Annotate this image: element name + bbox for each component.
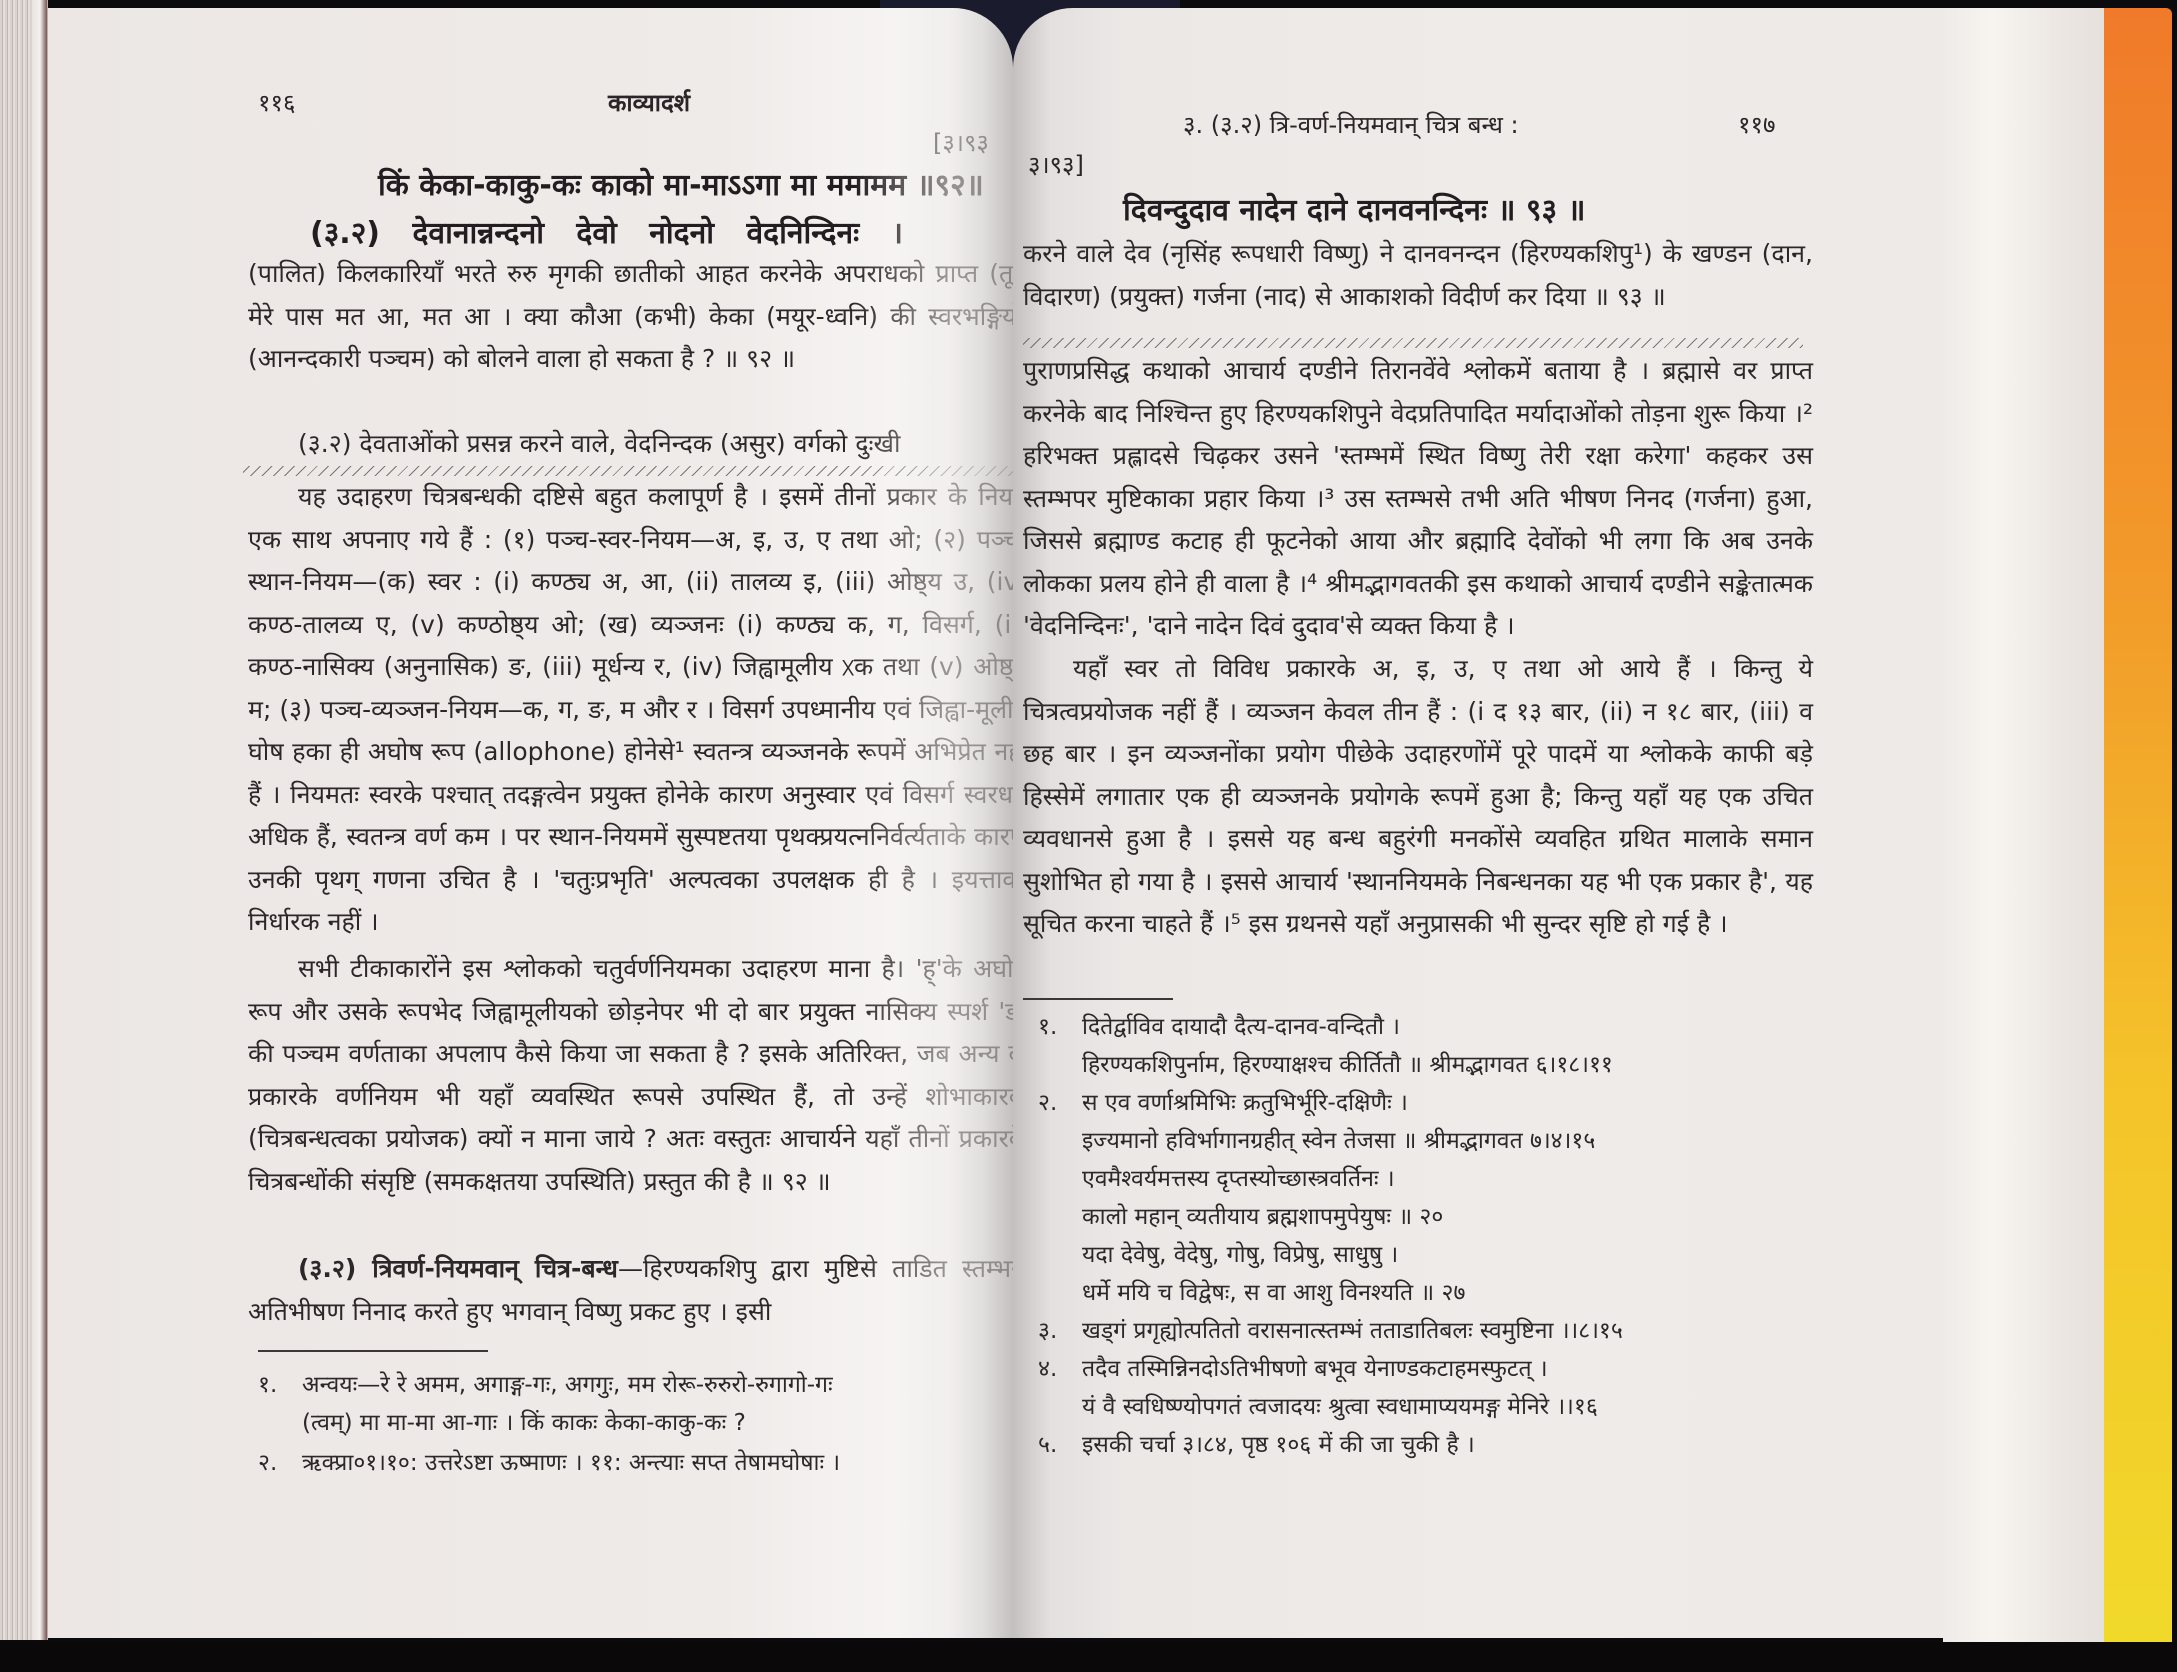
wavy-divider xyxy=(243,466,1013,476)
footnote-4: ४.तदैव तस्मिन्निनदोऽतिभीषणो बभूव येनाण्ड… xyxy=(1038,1350,1598,1426)
verse-line-1: किं केका-काकु-कः काको मा-माऽऽगा मा ममामम… xyxy=(378,163,984,204)
footnote-3: ३.खड्गं प्रगृह्योत्पतितो वरासनात्स्तम्भं… xyxy=(1038,1312,1623,1350)
background-surface xyxy=(0,1642,2177,1672)
footnote-line: अन्वयः—रे रे अमम, अगाङ्ग-गः, अगगुः, मम र… xyxy=(302,1372,833,1398)
footnote-number: २. xyxy=(1038,1084,1082,1122)
running-title-right: ३. (३.२) त्रि-वर्ण-नियमवान् चित्र बन्ध : xyxy=(1183,108,1519,141)
footnote-5: ५.इसकी चर्चा ३।८४, पृष्ठ १०६ में की जा च… xyxy=(1038,1426,1475,1464)
footnote-rule xyxy=(1023,998,1173,1000)
translation-paragraph: करने वाले देव (नृसिंह रूपधारी विष्णु) ने… xyxy=(1023,233,1813,318)
footnote-line: धर्मे मयि च विद्वेषः, स वा आशु विनश्यति … xyxy=(1038,1274,1595,1312)
right-page: ३।९३] ३. (३.२) त्रि-वर्ण-नियमवान् चित्र … xyxy=(1013,8,1943,1638)
page-number-right: ११७ xyxy=(1738,108,1775,141)
footnote-1: १.दितेर्द्वाविव दायादौ दैत्य-दानव-वन्दित… xyxy=(1038,1008,1613,1084)
footnote-2: २.स एव वर्णाश्रमिभिः क्रतुभिर्भूरि-दक्षि… xyxy=(1038,1084,1595,1312)
footnote-line: ऋक्प्रा०१।१०: उत्तरेऽष्टा ऊष्माणः । ११: … xyxy=(302,1450,840,1476)
translation-paragraph-2: (३.२) देवताओंको प्रसन्न करने वाले, वेदनि… xyxy=(248,423,1013,466)
left-page: ११६ काव्यादर्श [३।९३ किं केका-काकु-कः का… xyxy=(48,8,1013,1638)
page-number-left: ११६ xyxy=(258,86,295,119)
verse-reference-left: [३।९३ xyxy=(933,126,989,159)
footnote-2: २.ऋक्प्रा०१।१०: उत्तरेऽष्टा ऊष्माणः । ११… xyxy=(258,1444,840,1482)
book-cover-edge-left xyxy=(32,0,48,1640)
footnote-line: दितेर्द्वाविव दायादौ दैत्य-दानव-वन्दितौ … xyxy=(1082,1014,1400,1040)
verse-reference-right: ३।९३] xyxy=(1028,148,1084,181)
verse-line: दिवन्दुदाव नादेन दाने दानवनन्दिनः ॥ ९३ ॥ xyxy=(1123,188,1585,229)
footnote-1: १.अन्वयः—रे रे अमम, अगाङ्ग-गः, अगगुः, मम… xyxy=(258,1366,833,1442)
footnote-line: कालो महान् व्यतीयाय ब्रह्मशापमुपेयुषः ॥ … xyxy=(1038,1198,1595,1236)
running-title-left: काव्यादर्श xyxy=(608,86,690,119)
commentary-paragraph-2: सभी टीकाकारोंने इस श्लोकको चतुर्वर्णनियम… xyxy=(248,948,1013,1203)
book-cover-right xyxy=(2104,8,2172,1656)
footnote-number: २. xyxy=(258,1444,302,1482)
footnote-line: तदैव तस्मिन्निनदोऽतिभीषणो बभूव येनाण्डकट… xyxy=(1082,1356,1548,1382)
commentary-paragraph-2: यहाँ स्वर तो विविध प्रकारके अ, इ, उ, ए त… xyxy=(1023,648,1813,946)
footnote-line: यदा देवेषु, वेदेषु, गोषु, विप्रेषु, साधु… xyxy=(1038,1236,1595,1274)
footnote-line: इसकी चर्चा ३।८४, पृष्ठ १०६ में की जा चुक… xyxy=(1082,1432,1475,1458)
footnote-line: खड्गं प्रगृह्योत्पतितो वरासनात्स्तम्भं त… xyxy=(1082,1318,1623,1344)
footnote-rule xyxy=(258,1350,488,1352)
translation-paragraph: (पालित) किलकारियाँ भरते रुरु मृगकी छातीक… xyxy=(248,253,1013,381)
footnote-line: स एव वर्णाश्रमिभिः क्रतुभिर्भूरि-दक्षिणै… xyxy=(1082,1090,1408,1116)
commentary-paragraph-1: पुराणप्रसिद्ध कथाको आचार्य दण्डीने तिरान… xyxy=(1023,350,1813,648)
section-paragraph-3: (३.२) त्रिवर्ण-नियमवान् चित्र-बन्ध—हिरण्… xyxy=(248,1248,1013,1333)
footnote-line: हिरण्यकशिपुर्नाम, हिरण्याक्षश्च कीर्तितौ… xyxy=(1038,1046,1613,1084)
footnote-number: ३. xyxy=(1038,1312,1082,1350)
footnote-number: १. xyxy=(258,1366,302,1404)
footnote-line: इज्यमानो हविर्भागानग्रहीत् स्वेन तेजसा ॥… xyxy=(1038,1122,1595,1160)
footnote-line: यं वै स्वधिष्ण्योपगतं त्वजादयः श्रुत्वा … xyxy=(1038,1388,1598,1426)
footnote-line: (त्वम्) मा मा-मा आ-गाः । किं काकः केका-क… xyxy=(258,1404,833,1442)
section-heading-trivarna: (३.२) त्रिवर्ण-नियमवान् चित्र-बन्ध xyxy=(298,1254,618,1283)
verse-line-2: (३.२) देवानान्नन्दनो देवो नोदनो वेदनिन्द… xyxy=(310,211,903,252)
book-page-stack-right xyxy=(1943,8,2108,1648)
footnote-number: ५. xyxy=(1038,1426,1082,1464)
footnote-number: ४. xyxy=(1038,1350,1082,1388)
footnote-number: १. xyxy=(1038,1008,1082,1046)
commentary-paragraph-1: यह उदाहरण चित्रबन्धकी दष्टिसे बहुत कलापू… xyxy=(248,476,1013,944)
wavy-divider xyxy=(1023,338,1803,348)
footnote-line: एवमैश्वर्यमत्तस्य दृप्तस्योच्छास्त्रवर्त… xyxy=(1038,1160,1595,1198)
